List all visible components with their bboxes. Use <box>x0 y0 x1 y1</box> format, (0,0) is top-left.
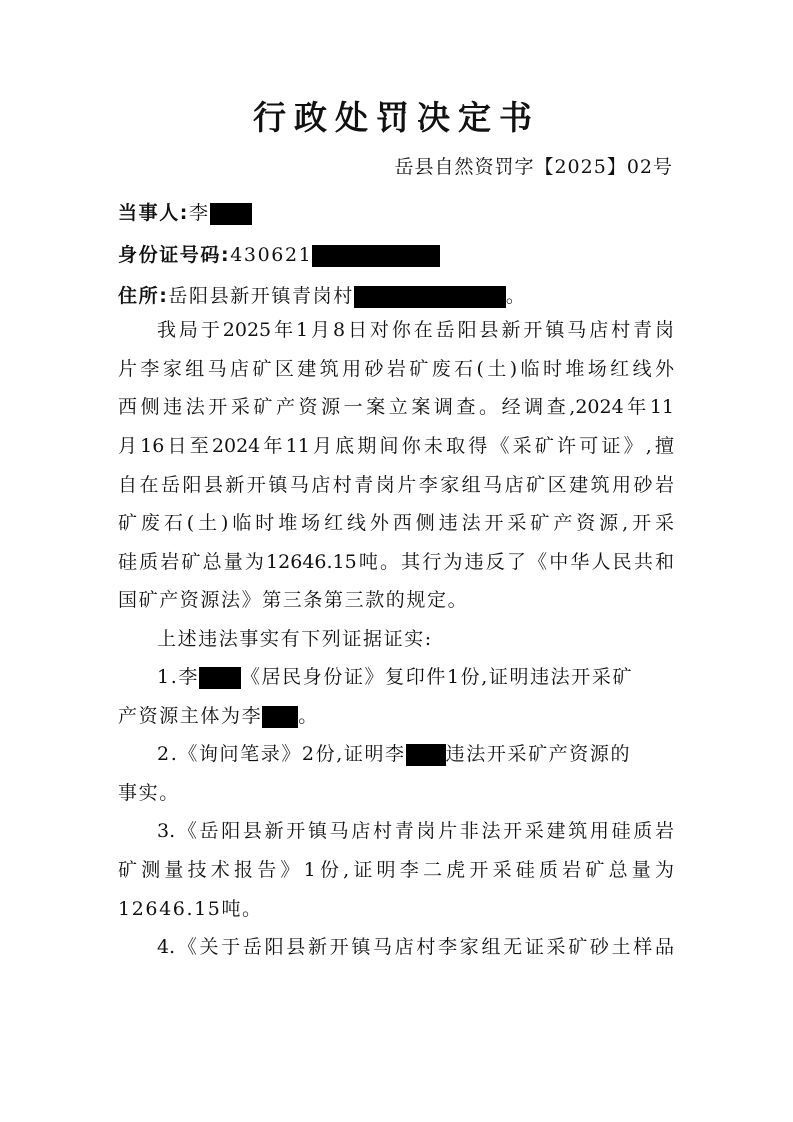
evidence-item-1: 1.李《居民身份证》复印件1份,证明违法开采矿 <box>157 662 674 692</box>
body-line: 片李家组马店矿区建筑用砂岩矿废石(土)临时堆场红线外 <box>118 354 674 384</box>
redaction-block <box>406 744 446 766</box>
redaction-block <box>312 245 440 267</box>
body-line: 硅质岩矿总量为12646.15吨。其行为违反了《中华人民共和 <box>118 547 674 577</box>
document-number: 岳县自然资罚字【2025】02号 <box>394 152 673 179</box>
redaction-block <box>354 286 506 308</box>
evidence-item-3-cont: 12646.15吨。 <box>118 894 674 924</box>
evidence-item-2-cont: 事实。 <box>118 778 674 808</box>
redaction-block <box>199 667 241 689</box>
evidence-item-2: 2.《询问笔录》2份,证明李违法开采矿产资源的 <box>157 739 674 769</box>
address-line: 住所:岳阳县新开镇青岗村。 <box>118 281 674 311</box>
party-name: 李 <box>189 202 210 224</box>
evidence-item-3-cont: 矿测量技术报告》1份,证明李二虎开采硅质岩矿总量为 <box>118 855 674 885</box>
evidence-item-3: 3.《岳阳县新开镇马店村青岗片非法开采建筑用硅质岩 <box>157 816 674 846</box>
evidence-item-4: 4.《关于岳阳县新开镇马店村李家组无证采矿砂土样品 <box>157 932 674 962</box>
body-line: 我局于2025年1月8日对你在岳阳县新开镇马店村青岗 <box>157 315 674 345</box>
document-page: 行政处罚决定书 岳县自然资罚字【2025】02号 当事人:李 身份证号码:430… <box>0 0 793 1122</box>
body-line: 自在岳阳县新开镇马店村青岗片李家组马店矿区建筑用砂岩 <box>118 470 674 500</box>
body-line: 上述违法事实有下列证据证实: <box>157 624 674 654</box>
address-value: 岳阳县新开镇青岗村 <box>168 285 353 307</box>
redaction-block <box>262 706 298 728</box>
id-number-label: 身份证号码: <box>118 244 230 266</box>
id-number-value: 430621 <box>230 244 312 266</box>
id-number-line: 身份证号码:430621 <box>118 240 674 270</box>
body-line: 矿废石(土)临时堆场红线外西侧违法开采矿产资源,开采 <box>118 508 674 538</box>
address-label: 住所: <box>118 285 168 307</box>
evidence-item-1-cont: 产资源主体为李。 <box>118 701 674 731</box>
body-line: 月16日至2024年11月底期间你未取得《采矿许可证》,擅 <box>118 431 674 461</box>
party-line: 当事人:李 <box>118 198 674 228</box>
body-line: 西侧违法开采矿产资源一案立案调查。经调查,2024年11 <box>118 392 674 422</box>
redaction-block <box>210 203 252 225</box>
document-title: 行政处罚决定书 <box>0 92 793 139</box>
body-line: 国矿产资源法》第三条第三款的规定。 <box>118 585 674 615</box>
party-label: 当事人: <box>118 202 189 224</box>
